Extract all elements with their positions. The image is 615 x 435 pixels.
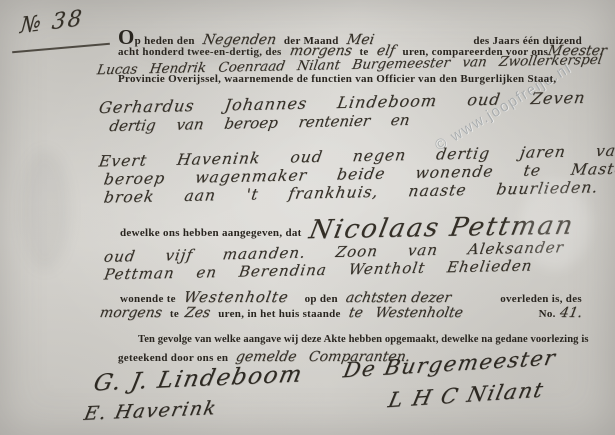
handwritten-witness1-cont: dertig van beroep rentenier en (108, 111, 411, 135)
witness1-line-1: Gerhardus Johannes Lindeboom oud Zeven (100, 93, 585, 112)
handwritten-parents: Pettman en Berendina Wentholt Ehelieden (103, 257, 534, 284)
signature-witness2: E. Haverink (85, 400, 216, 422)
printed-text: op den (305, 293, 338, 305)
printed-text: No. (539, 308, 556, 320)
paper-highlight (520, 180, 590, 270)
printed-text: uren, in het huis staande (218, 308, 341, 320)
signature-burgemeester-title: De Burgemeester (345, 352, 555, 376)
handwritten-signature-title: De Burgemeester (341, 346, 558, 383)
printed-text: overleden is, des (500, 293, 582, 305)
printed-text: wonende te (120, 293, 176, 305)
handwritten-signature: G. J. Lindeboom (91, 362, 305, 397)
handwritten-daypart: morgens (99, 305, 164, 321)
handwritten-signature: L H C Nilant (386, 378, 547, 413)
printed-text: Ten gevolge van welke aangave wij deze A… (138, 334, 589, 345)
handwritten-residence-place: Westenholte (182, 288, 290, 306)
signature-burgemeester-name: L H C Nilant (390, 383, 543, 407)
header-line-3: Lucas Hendrik Coenraad Nilant Burgemeest… (98, 57, 601, 73)
act-number-underline (12, 43, 110, 53)
printed-text: Provincie Overijssel, waarnemende de fun… (118, 73, 556, 85)
header-line-4: Provincie Overijssel, waarnemende de fun… (118, 73, 556, 85)
handwritten-death-date: achtsten dezer (344, 290, 452, 306)
witness1-line-2: dertig van beroep rentenier en (110, 114, 409, 132)
printed-text: geteekend door ons en (118, 352, 228, 364)
printed-text: te (170, 308, 179, 320)
bleed-through-smudge (140, 44, 310, 60)
handwritten-hour: Zes (184, 305, 212, 321)
handwritten-house-place: te Westenholte (347, 305, 464, 321)
death-time-line: morgens te Zes uren, in het huis staande… (100, 305, 582, 321)
declaration-line-3: Pettman en Berendina Wentholt Ehelieden (105, 261, 532, 279)
closing-line-1: Ten gevolge van welke aangave wij deze A… (138, 334, 589, 345)
act-number: № 38 (19, 6, 85, 39)
death-certificate-document: № 38 © www.joopfreije.nl Op heden den Ne… (0, 0, 615, 435)
signature-witness1: G. J. Lindeboom (95, 366, 302, 392)
paper-smudge (20, 150, 70, 270)
handwritten-signature: E. Haverink (82, 397, 219, 425)
death-place-line: wonende te Westenholte op den achtsten d… (120, 288, 582, 306)
printed-text: dewelke ons hebben aangegeven, dat (120, 227, 302, 239)
handwritten-house-number: 41. (558, 305, 583, 321)
